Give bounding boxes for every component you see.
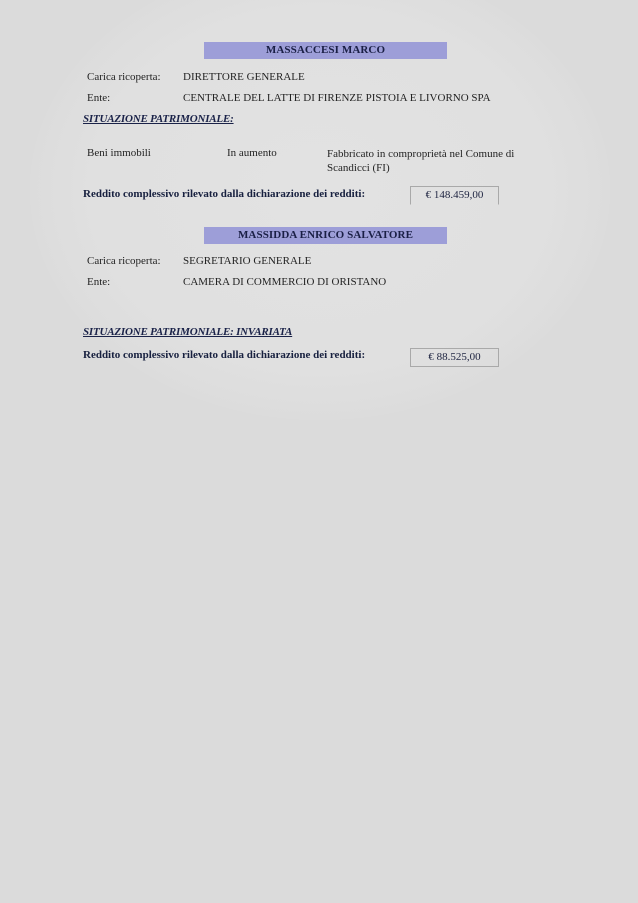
asset-type: Beni immobili	[87, 147, 151, 159]
person-name-header: MASSIDDA ENRICO SALVATORE	[204, 227, 447, 244]
entity-value: CENTRALE DEL LATTE DI FIRENZE PISTOIA E …	[183, 91, 491, 105]
income-value-box: € 148.459,00	[410, 186, 499, 205]
entity-value: CAMERA DI COMMERCIO DI ORISTANO	[183, 275, 386, 289]
income-label: Reddito complessivo rilevato dalla dichi…	[83, 349, 365, 361]
entity-label: Ente:	[87, 91, 110, 105]
asset-description: Fabbricato in comproprietà nel Comune di…	[327, 147, 537, 175]
document-page: MASSACCESI MARCO Carica ricoperta: DIRET…	[0, 0, 638, 903]
role-label: Carica ricoperta:	[87, 254, 161, 268]
entity-label: Ente:	[87, 275, 110, 289]
assets-heading: SITUAZIONE PATRIMONIALE:	[83, 113, 234, 125]
role-label: Carica ricoperta:	[87, 70, 161, 84]
income-label: Reddito complessivo rilevato dalla dichi…	[83, 188, 365, 200]
income-value-box: € 88.525,00	[410, 348, 499, 367]
role-value: SEGRETARIO GENERALE	[183, 254, 311, 268]
asset-trend: In aumento	[227, 147, 277, 159]
assets-heading: SITUAZIONE PATRIMONIALE: INVARIATA	[83, 326, 292, 338]
role-value: DIRETTORE GENERALE	[183, 70, 305, 84]
person-name-header: MASSACCESI MARCO	[204, 42, 447, 59]
